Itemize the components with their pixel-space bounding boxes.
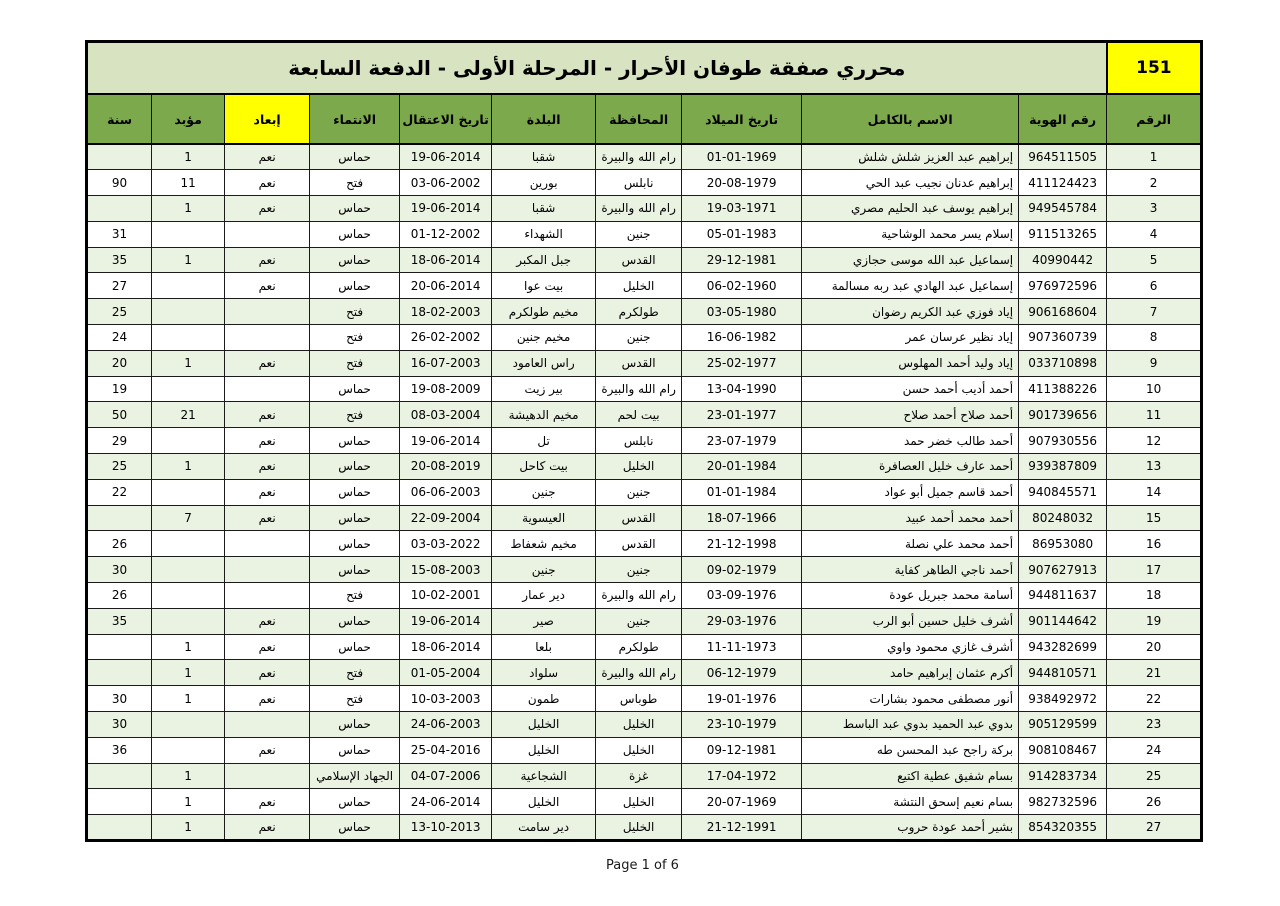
cell-arrest: 22-09-2004	[400, 505, 492, 531]
cell-arrest: 16-07-2003	[400, 350, 492, 376]
cell-name: إبراهيم عدنان نجيب عبد الحي	[802, 170, 1019, 196]
cell-life: 21	[152, 402, 225, 428]
cell-governorate: نابلس	[596, 170, 682, 196]
cell-governorate: رام الله والبيرة	[596, 660, 682, 686]
cell-affiliation: فتح	[310, 350, 400, 376]
cell-name: بدوي عبد الحميد بدوي عبد الباسط	[802, 712, 1019, 738]
cell-arrest: 24-06-2003	[400, 712, 492, 738]
cell-years	[87, 144, 152, 170]
cell-governorate: جنين	[596, 479, 682, 505]
title-row: 151 محرري صفقة طوفان الأحرار - المرحلة ا…	[87, 42, 1202, 95]
table-row: 8 907360739 إياد نظير عرسان عمر 16-06-19…	[87, 325, 1202, 351]
cell-name: أحمد أديب أحمد حسن	[802, 376, 1019, 402]
cell-town: صير	[492, 608, 596, 634]
cell-num: 16	[1107, 531, 1202, 557]
cell-name: إياد نظير عرسان عمر	[802, 325, 1019, 351]
cell-town: جنين	[492, 557, 596, 583]
cell-arrest: 20-06-2014	[400, 273, 492, 299]
cell-life	[152, 221, 225, 247]
cell-years: 50	[87, 402, 152, 428]
cell-dob: 03-09-1976	[682, 583, 802, 609]
cell-affiliation: حماس	[310, 479, 400, 505]
cell-town: مخيم طولكرم	[492, 299, 596, 325]
cell-years	[87, 789, 152, 815]
cell-id: 914283734	[1019, 763, 1107, 789]
column-header-id: رقم الهوية	[1019, 94, 1107, 144]
cell-years: 27	[87, 273, 152, 299]
table-row: 13 939387809 أحمد عارف خليل العصافرة 20-…	[87, 454, 1202, 480]
cell-years: 25	[87, 454, 152, 480]
cell-deport: نعم	[225, 170, 310, 196]
cell-num: 9	[1107, 350, 1202, 376]
cell-id: 40990442	[1019, 247, 1107, 273]
cell-id: 80248032	[1019, 505, 1107, 531]
cell-arrest: 25-04-2016	[400, 737, 492, 763]
cell-governorate: القدس	[596, 505, 682, 531]
cell-governorate: جنين	[596, 221, 682, 247]
cell-dob: 01-01-1984	[682, 479, 802, 505]
cell-years: 20	[87, 350, 152, 376]
cell-years: 30	[87, 712, 152, 738]
cell-name: إبراهيم عبد العزيز شلش شلش	[802, 144, 1019, 170]
cell-dob: 29-12-1981	[682, 247, 802, 273]
cell-life	[152, 531, 225, 557]
count-badge: 151	[1107, 42, 1202, 95]
cell-name: أكرم عثمان إبراهيم حامد	[802, 660, 1019, 686]
cell-governorate: جنين	[596, 557, 682, 583]
cell-years: 31	[87, 221, 152, 247]
cell-dob: 09-02-1979	[682, 557, 802, 583]
cell-dob: 29-03-1976	[682, 608, 802, 634]
cell-governorate: القدس	[596, 350, 682, 376]
cell-life	[152, 583, 225, 609]
cell-affiliation: حماس	[310, 273, 400, 299]
cell-id: 033710898	[1019, 350, 1107, 376]
cell-affiliation: حماس	[310, 608, 400, 634]
table-row: 24 908108467 بركة راجح عبد المحسن طه 09-…	[87, 737, 1202, 763]
cell-years	[87, 634, 152, 660]
cell-arrest: 10-03-2003	[400, 686, 492, 712]
cell-governorate: جنين	[596, 325, 682, 351]
cell-dob: 06-12-1979	[682, 660, 802, 686]
cell-years: 30	[87, 686, 152, 712]
cell-governorate: طولكرم	[596, 634, 682, 660]
cell-id: 901144642	[1019, 608, 1107, 634]
cell-num: 26	[1107, 789, 1202, 815]
column-header-years: سنة	[87, 94, 152, 144]
cell-years: 26	[87, 531, 152, 557]
cell-governorate: بيت لحم	[596, 402, 682, 428]
cell-town: جبل المكبر	[492, 247, 596, 273]
cell-life: 1	[152, 196, 225, 222]
cell-dob: 11-11-1973	[682, 634, 802, 660]
cell-dob: 20-08-1979	[682, 170, 802, 196]
cell-num: 4	[1107, 221, 1202, 247]
cell-years	[87, 660, 152, 686]
cell-deport: نعم	[225, 350, 310, 376]
column-header-affiliation: الانتماء	[310, 94, 400, 144]
cell-name: أحمد عارف خليل العصافرة	[802, 454, 1019, 480]
cell-years: 26	[87, 583, 152, 609]
table-row: 15 80248032 أحمد محمد أحمد عبيد 18-07-19…	[87, 505, 1202, 531]
cell-name: بشير أحمد عودة حروب	[802, 815, 1019, 841]
cell-governorate: جنين	[596, 608, 682, 634]
header-row: الرقم رقم الهوية الاسم بالكامل تاريخ الم…	[87, 94, 1202, 144]
cell-id: 905129599	[1019, 712, 1107, 738]
cell-num: 10	[1107, 376, 1202, 402]
cell-num: 3	[1107, 196, 1202, 222]
table-row: 22 938492972 أنور مصطفى محمود بشارات 19-…	[87, 686, 1202, 712]
cell-dob: 21-12-1998	[682, 531, 802, 557]
cell-num: 23	[1107, 712, 1202, 738]
cell-town: الخليل	[492, 712, 596, 738]
cell-deport: نعم	[225, 505, 310, 531]
cell-affiliation: فتح	[310, 325, 400, 351]
cell-affiliation: فتح	[310, 583, 400, 609]
cell-deport	[225, 221, 310, 247]
table-body: 1 964511505 إبراهيم عبد العزيز شلش شلش 0…	[87, 144, 1202, 841]
cell-deport: نعم	[225, 402, 310, 428]
cell-life	[152, 479, 225, 505]
cell-name: أحمد محمد علي نصلة	[802, 531, 1019, 557]
cell-deport	[225, 531, 310, 557]
cell-arrest: 04-07-2006	[400, 763, 492, 789]
cell-life	[152, 428, 225, 454]
cell-town: شقبا	[492, 196, 596, 222]
cell-arrest: 18-06-2014	[400, 247, 492, 273]
cell-town: طمون	[492, 686, 596, 712]
cell-dob: 13-04-1990	[682, 376, 802, 402]
cell-deport: نعم	[225, 660, 310, 686]
cell-id: 907930556	[1019, 428, 1107, 454]
cell-dob: 19-01-1976	[682, 686, 802, 712]
column-header-dob: تاريخ الميلاد	[682, 94, 802, 144]
cell-arrest: 10-02-2001	[400, 583, 492, 609]
cell-id: 854320355	[1019, 815, 1107, 841]
cell-life: 1	[152, 789, 225, 815]
cell-affiliation: حماس	[310, 376, 400, 402]
cell-town: بيت عوا	[492, 273, 596, 299]
cell-name: إسلام يسر محمد الوشاحية	[802, 221, 1019, 247]
cell-id: 940845571	[1019, 479, 1107, 505]
cell-arrest: 01-12-2002	[400, 221, 492, 247]
cell-name: أشرف غازي محمود واوي	[802, 634, 1019, 660]
page-footer: Page 1 of 6	[85, 858, 1200, 873]
table-row: 6 976972596 إسماعيل عبد الهادي عبد ربه م…	[87, 273, 1202, 299]
cell-dob: 09-12-1981	[682, 737, 802, 763]
cell-num: 15	[1107, 505, 1202, 531]
cell-arrest: 03-06-2002	[400, 170, 492, 196]
cell-num: 17	[1107, 557, 1202, 583]
cell-deport	[225, 557, 310, 583]
table-row: 12 907930556 أحمد طالب خضر حمد 23-07-197…	[87, 428, 1202, 454]
cell-num: 12	[1107, 428, 1202, 454]
cell-life: 1	[152, 815, 225, 841]
cell-id: 86953080	[1019, 531, 1107, 557]
cell-life: 1	[152, 350, 225, 376]
cell-deport: نعم	[225, 634, 310, 660]
cell-town: شقبا	[492, 144, 596, 170]
cell-years: 29	[87, 428, 152, 454]
cell-town: جنين	[492, 479, 596, 505]
cell-life: 1	[152, 634, 225, 660]
cell-affiliation: فتح	[310, 660, 400, 686]
table-row: 19 901144642 أشرف خليل حسين أبو الرب 29-…	[87, 608, 1202, 634]
cell-deport	[225, 299, 310, 325]
cell-deport	[225, 712, 310, 738]
cell-affiliation: حماس	[310, 815, 400, 841]
cell-affiliation: الجهاد الإسلامي	[310, 763, 400, 789]
cell-town: راس العامود	[492, 350, 596, 376]
cell-dob: 05-01-1983	[682, 221, 802, 247]
cell-name: أحمد طالب خضر حمد	[802, 428, 1019, 454]
cell-id: 911513265	[1019, 221, 1107, 247]
cell-years: 35	[87, 247, 152, 273]
table-row: 3 949545784 إبراهيم يوسف عبد الحليم مصري…	[87, 196, 1202, 222]
cell-num: 5	[1107, 247, 1202, 273]
cell-dob: 03-05-1980	[682, 299, 802, 325]
table-row: 23 905129599 بدوي عبد الحميد بدوي عبد ال…	[87, 712, 1202, 738]
cell-years: 24	[87, 325, 152, 351]
cell-deport	[225, 325, 310, 351]
page-title: محرري صفقة طوفان الأحرار - المرحلة الأول…	[87, 42, 1107, 95]
cell-name: إياد وليد أحمد المهلوس	[802, 350, 1019, 376]
cell-num: 18	[1107, 583, 1202, 609]
cell-affiliation: فتح	[310, 686, 400, 712]
table-row: 5 40990442 إسماعيل عبد الله موسى حجازي 2…	[87, 247, 1202, 273]
table-row: 27 854320355 بشير أحمد عودة حروب 21-12-1…	[87, 815, 1202, 841]
cell-id: 976972596	[1019, 273, 1107, 299]
cell-affiliation: حماس	[310, 247, 400, 273]
cell-affiliation: حماس	[310, 712, 400, 738]
cell-id: 982732596	[1019, 789, 1107, 815]
document-sheet: 151 محرري صفقة طوفان الأحرار - المرحلة ا…	[85, 40, 1200, 873]
cell-governorate: القدس	[596, 531, 682, 557]
cell-id: 906168604	[1019, 299, 1107, 325]
table-row: 11 901739656 أحمد صلاح أحمد صلاح 23-01-1…	[87, 402, 1202, 428]
table-row: 25 914283734 بسام شفيق عطية اكتيع 17-04-…	[87, 763, 1202, 789]
cell-id: 908108467	[1019, 737, 1107, 763]
table-row: 9 033710898 إياد وليد أحمد المهلوس 25-02…	[87, 350, 1202, 376]
cell-town: بورين	[492, 170, 596, 196]
cell-life	[152, 325, 225, 351]
cell-name: أحمد ناجي الطاهر كفاية	[802, 557, 1019, 583]
cell-dob: 20-01-1984	[682, 454, 802, 480]
table-row: 2 411124423 إبراهيم عدنان نجيب عبد الحي …	[87, 170, 1202, 196]
table-row: 26 982732596 بسام نعيم إسحق النتشة 20-07…	[87, 789, 1202, 815]
cell-num: 19	[1107, 608, 1202, 634]
cell-id: 943282699	[1019, 634, 1107, 660]
column-header-governorate: المحافظة	[596, 94, 682, 144]
cell-deport: نعم	[225, 273, 310, 299]
cell-arrest: 24-06-2014	[400, 789, 492, 815]
cell-life: 1	[152, 763, 225, 789]
cell-governorate: طوباس	[596, 686, 682, 712]
cell-governorate: الخليل	[596, 815, 682, 841]
cell-dob: 25-02-1977	[682, 350, 802, 376]
column-header-num: الرقم	[1107, 94, 1202, 144]
cell-life	[152, 299, 225, 325]
cell-governorate: رام الله والبيرة	[596, 376, 682, 402]
cell-deport: نعم	[225, 454, 310, 480]
cell-num: 6	[1107, 273, 1202, 299]
cell-life: 1	[152, 454, 225, 480]
cell-arrest: 18-06-2014	[400, 634, 492, 660]
cell-affiliation: حماس	[310, 144, 400, 170]
cell-town: دير عمار	[492, 583, 596, 609]
column-header-town: البلدة	[492, 94, 596, 144]
cell-name: أحمد قاسم جميل أبو عواد	[802, 479, 1019, 505]
cell-name: بسام شفيق عطية اكتيع	[802, 763, 1019, 789]
cell-id: 964511505	[1019, 144, 1107, 170]
cell-arrest: 19-06-2014	[400, 428, 492, 454]
cell-years	[87, 815, 152, 841]
cell-arrest: 19-06-2014	[400, 144, 492, 170]
cell-years: 90	[87, 170, 152, 196]
cell-num: 13	[1107, 454, 1202, 480]
table-row: 16 86953080 أحمد محمد علي نصلة 21-12-199…	[87, 531, 1202, 557]
cell-governorate: الخليل	[596, 273, 682, 299]
cell-town: بيت كاحل	[492, 454, 596, 480]
cell-num: 2	[1107, 170, 1202, 196]
cell-arrest: 03-03-2022	[400, 531, 492, 557]
table-row: 1 964511505 إبراهيم عبد العزيز شلش شلش 0…	[87, 144, 1202, 170]
cell-deport: نعم	[225, 428, 310, 454]
cell-life: 7	[152, 505, 225, 531]
cell-governorate: طولكرم	[596, 299, 682, 325]
cell-id: 907360739	[1019, 325, 1107, 351]
cell-num: 1	[1107, 144, 1202, 170]
cell-years: 36	[87, 737, 152, 763]
cell-town: مخيم جنين	[492, 325, 596, 351]
cell-affiliation: حماس	[310, 737, 400, 763]
cell-town: الشهداء	[492, 221, 596, 247]
cell-name: إبراهيم يوسف عبد الحليم مصري	[802, 196, 1019, 222]
cell-id: 411124423	[1019, 170, 1107, 196]
cell-life: 1	[152, 686, 225, 712]
cell-deport: نعم	[225, 196, 310, 222]
cell-arrest: 06-06-2003	[400, 479, 492, 505]
cell-dob: 06-02-1960	[682, 273, 802, 299]
cell-deport: نعم	[225, 737, 310, 763]
cell-arrest: 18-02-2003	[400, 299, 492, 325]
cell-town: الشجاعية	[492, 763, 596, 789]
table-row: 10 411388226 أحمد أديب أحمد حسن 13-04-19…	[87, 376, 1202, 402]
cell-deport: نعم	[225, 608, 310, 634]
cell-name: بسام نعيم إسحق النتشة	[802, 789, 1019, 815]
cell-deport: نعم	[225, 686, 310, 712]
cell-arrest: 19-06-2014	[400, 196, 492, 222]
cell-deport: نعم	[225, 815, 310, 841]
cell-dob: 23-01-1977	[682, 402, 802, 428]
cell-life: 1	[152, 144, 225, 170]
cell-affiliation: حماس	[310, 789, 400, 815]
cell-affiliation: فتح	[310, 299, 400, 325]
cell-arrest: 26-02-2002	[400, 325, 492, 351]
cell-dob: 20-07-1969	[682, 789, 802, 815]
cell-dob: 17-04-1972	[682, 763, 802, 789]
cell-years	[87, 505, 152, 531]
cell-town: دير سامت	[492, 815, 596, 841]
cell-arrest: 13-10-2013	[400, 815, 492, 841]
cell-town: بلعا	[492, 634, 596, 660]
cell-town: الخليل	[492, 737, 596, 763]
cell-dob: 16-06-1982	[682, 325, 802, 351]
cell-name: أنور مصطفى محمود بشارات	[802, 686, 1019, 712]
table-row: 4 911513265 إسلام يسر محمد الوشاحية 05-0…	[87, 221, 1202, 247]
cell-governorate: الخليل	[596, 737, 682, 763]
cell-life: 1	[152, 247, 225, 273]
cell-life	[152, 273, 225, 299]
table-row: 21 944810571 أكرم عثمان إبراهيم حامد 06-…	[87, 660, 1202, 686]
cell-years: 30	[87, 557, 152, 583]
cell-id: 944810571	[1019, 660, 1107, 686]
cell-dob: 23-10-1979	[682, 712, 802, 738]
cell-town: بير زيت	[492, 376, 596, 402]
cell-affiliation: حماس	[310, 454, 400, 480]
column-header-name: الاسم بالكامل	[802, 94, 1019, 144]
cell-governorate: نابلس	[596, 428, 682, 454]
column-header-deport: إبعاد	[225, 94, 310, 144]
cell-years: 35	[87, 608, 152, 634]
cell-deport: نعم	[225, 789, 310, 815]
cell-id: 907627913	[1019, 557, 1107, 583]
cell-life	[152, 557, 225, 583]
cell-num: 20	[1107, 634, 1202, 660]
cell-dob: 19-03-1971	[682, 196, 802, 222]
cell-governorate: غزة	[596, 763, 682, 789]
cell-governorate: الخليل	[596, 712, 682, 738]
column-header-arrest: تاريخ الاعتقال	[400, 94, 492, 144]
cell-affiliation: فتح	[310, 170, 400, 196]
cell-name: إياد فوزي عبد الكريم رضوان	[802, 299, 1019, 325]
cell-num: 22	[1107, 686, 1202, 712]
cell-num: 21	[1107, 660, 1202, 686]
prisoners-table: 151 محرري صفقة طوفان الأحرار - المرحلة ا…	[85, 40, 1203, 842]
cell-name: أسامة محمد جبريل عودة	[802, 583, 1019, 609]
cell-affiliation: حماس	[310, 196, 400, 222]
cell-deport	[225, 583, 310, 609]
cell-id: 901739656	[1019, 402, 1107, 428]
cell-arrest: 19-08-2009	[400, 376, 492, 402]
cell-town: تل	[492, 428, 596, 454]
cell-num: 25	[1107, 763, 1202, 789]
cell-affiliation: فتح	[310, 402, 400, 428]
cell-deport	[225, 763, 310, 789]
cell-deport: نعم	[225, 479, 310, 505]
cell-name: أحمد صلاح أحمد صلاح	[802, 402, 1019, 428]
cell-years: 22	[87, 479, 152, 505]
cell-arrest: 15-08-2003	[400, 557, 492, 583]
cell-name: إسماعيل عبد الهادي عبد ربه مسالمة	[802, 273, 1019, 299]
table-row: 14 940845571 أحمد قاسم جميل أبو عواد 01-…	[87, 479, 1202, 505]
cell-name: بركة راجح عبد المحسن طه	[802, 737, 1019, 763]
cell-affiliation: حماس	[310, 557, 400, 583]
cell-town: مخيم شعفاط	[492, 531, 596, 557]
cell-governorate: رام الله والبيرة	[596, 144, 682, 170]
cell-arrest: 08-03-2004	[400, 402, 492, 428]
cell-town: الخليل	[492, 789, 596, 815]
cell-governorate: الخليل	[596, 454, 682, 480]
cell-id: 938492972	[1019, 686, 1107, 712]
cell-life	[152, 608, 225, 634]
cell-town: مخيم الدهيشة	[492, 402, 596, 428]
cell-life: 11	[152, 170, 225, 196]
cell-deport	[225, 376, 310, 402]
cell-years: 19	[87, 376, 152, 402]
table-row: 18 944811637 أسامة محمد جبريل عودة 03-09…	[87, 583, 1202, 609]
cell-governorate: الخليل	[596, 789, 682, 815]
